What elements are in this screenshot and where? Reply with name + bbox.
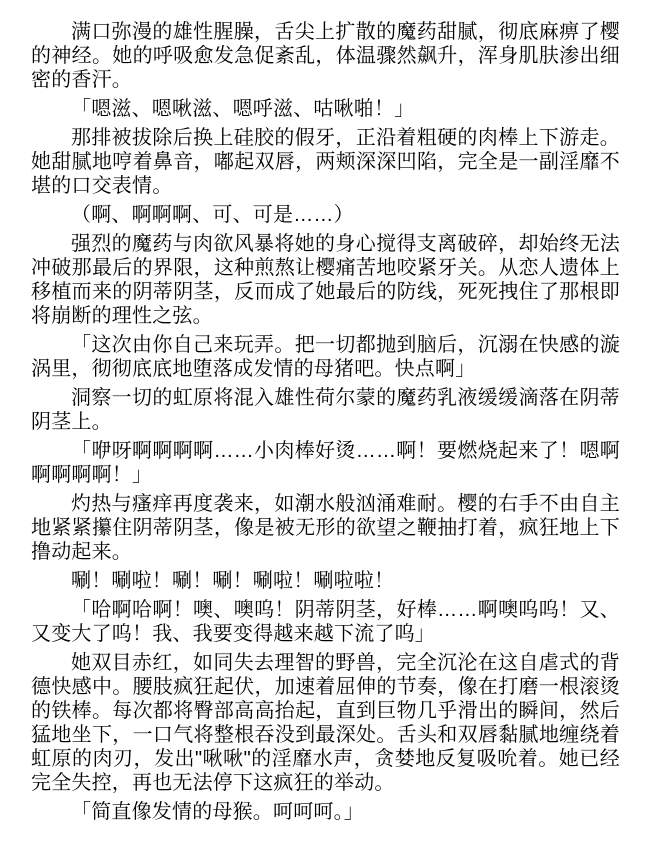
paragraph-2: 「嗯滋、嗯啾滋、嗯呼滋、咕啾啪！」 <box>31 97 620 121</box>
document-page: 满口弥漫的雄性腥臊，舌尖上扩散的魔药甜腻，彻底麻痹了樱的神经。她的呼吸愈发急促紊… <box>0 0 650 850</box>
paragraph-13: 「简直像发情的母猴。呵呵呵。」 <box>31 800 620 824</box>
paragraph-11: 「哈啊哈啊！噢、噢呜！阴蒂阴茎，好棒……啊噢呜呜！又、又变大了呜！我、我要变得越… <box>31 598 620 646</box>
paragraph-9: 灼热与瘙痒再度袭来，如潮水般汹涌难耐。樱的右手不由自主地紧紧攥住阴蒂阴茎，像是被… <box>31 492 620 564</box>
paragraph-6: 「这次由你自己来玩弄。把一切都抛到脑后，沉溺在快感的漩涡里，彻彻底底地堕落成发情… <box>31 333 620 381</box>
paragraph-5: 强烈的魔药与肉欲风暴将她的身心搅得支离破碎，却始终无法冲破那最后的界限，这种煎熬… <box>31 232 620 328</box>
paragraph-3: 那排被拔除后换上硅胶的假牙，正沿着粗硬的肉棒上下游走。她甜腻地哼着鼻音，嘟起双唇… <box>31 126 620 198</box>
paragraph-1: 满口弥漫的雄性腥臊，舌尖上扩散的魔药甜腻，彻底麻痹了樱的神经。她的呼吸愈发急促紊… <box>31 20 620 92</box>
paragraph-7: 洞察一切的虹原将混入雄性荷尔蒙的魔药乳液缓缓滴落在阴蒂阴茎上。 <box>31 386 620 434</box>
paragraph-12: 她双目赤红，如同失去理智的野兽，完全沉沦在这自虐式的背德快感中。腰肢疯狂起伏，加… <box>31 651 620 795</box>
paragraph-8: 「咿呀啊啊啊啊……小肉棒好烫……啊！要燃烧起来了！嗯啊啊啊啊啊！」 <box>31 439 620 487</box>
paragraph-10: 唰！唰啦！唰！唰！唰啦！唰啦啦！ <box>31 569 620 593</box>
paragraph-4: （啊、啊啊啊、可、可是……） <box>31 203 620 227</box>
